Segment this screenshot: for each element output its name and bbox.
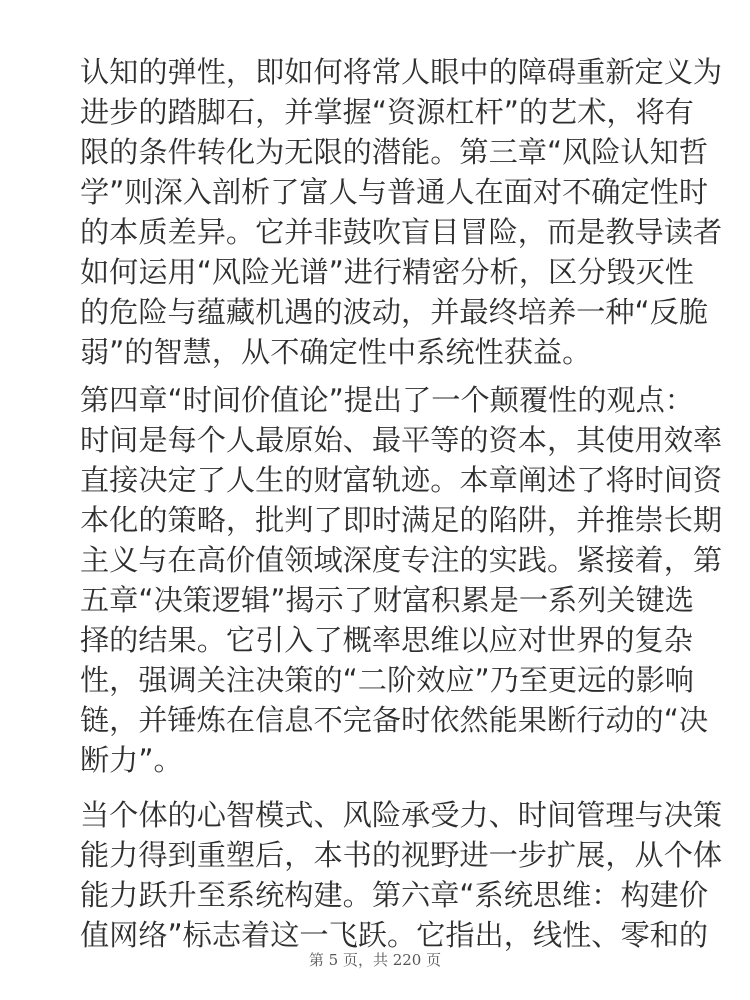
text-line: 弱”的智慧，从不确定性中系统性获益。 xyxy=(80,332,672,372)
text-line: 第四章“时间价值论”提出了一个颠覆性的观点： xyxy=(80,380,672,420)
text-line: 五章“决策逻辑”揭示了财富积累是一系列关键选 xyxy=(80,580,672,620)
paragraph: 当个体的心智模式、风险承受力、时间管理与决策 能力得到重塑后，本书的视野进一步扩… xyxy=(80,795,672,955)
text-line: 当个体的心智模式、风险承受力、时间管理与决策 xyxy=(80,795,672,835)
text-line: 本化的策略，批判了即时满足的陷阱，并推崇长期 xyxy=(80,500,672,540)
paragraph: 第四章“时间价值论”提出了一个颠覆性的观点： 时间是每个人最原始、最平等的资本，… xyxy=(80,380,672,780)
text-line: 能力跃升至系统构建。第六章“系统思维：构建价 xyxy=(80,875,672,915)
text-line: 断力”。 xyxy=(80,740,672,780)
text-line: 值网络”标志着这一飞跃。它指出，线性、零和的 xyxy=(80,915,672,955)
text-line: 链，并锤炼在信息不完备时依然能果断行动的“决 xyxy=(80,700,672,740)
paragraph: 认知的弹性，即如何将常人眼中的障碍重新定义为 进步的踏脚石，并掌握“资源杠杆”的… xyxy=(80,52,672,372)
text-line: 认知的弹性，即如何将常人眼中的障碍重新定义为 xyxy=(80,52,672,92)
document-page: 认知的弹性，即如何将常人眼中的障碍重新定义为 进步的踏脚石，并掌握“资源杠杆”的… xyxy=(80,52,672,955)
text-line: 主义与在高价值领域深度专注的实践。紧接着，第 xyxy=(80,540,672,580)
text-line: 能力得到重塑后，本书的视野进一步扩展，从个体 xyxy=(80,835,672,875)
text-line: 的危险与蕴藏机遇的波动，并最终培养一种“反脆 xyxy=(80,292,672,332)
text-line: 性，强调关注决策的“二阶效应”乃至更远的影响 xyxy=(80,660,672,700)
text-line: 学”则深入剖析了富人与普通人在面对不确定性时 xyxy=(80,172,672,212)
text-line: 的本质差异。它并非鼓吹盲目冒险，而是教导读者 xyxy=(80,212,672,252)
page-number-footer: 第 5 页，共 220 页 xyxy=(0,950,750,970)
text-line: 直接决定了人生的财富轨迹。本章阐述了将时间资 xyxy=(80,460,672,500)
text-line: 进步的踏脚石，并掌握“资源杠杆”的艺术，将有 xyxy=(80,92,672,132)
text-line: 限的条件转化为无限的潜能。第三章“风险认知哲 xyxy=(80,132,672,172)
text-line: 如何运用“风险光谱”进行精密分析，区分毁灭性 xyxy=(80,252,672,292)
text-line: 择的结果。它引入了概率思维以应对世界的复杂 xyxy=(80,620,672,660)
text-line: 时间是每个人最原始、最平等的资本，其使用效率 xyxy=(80,420,672,460)
